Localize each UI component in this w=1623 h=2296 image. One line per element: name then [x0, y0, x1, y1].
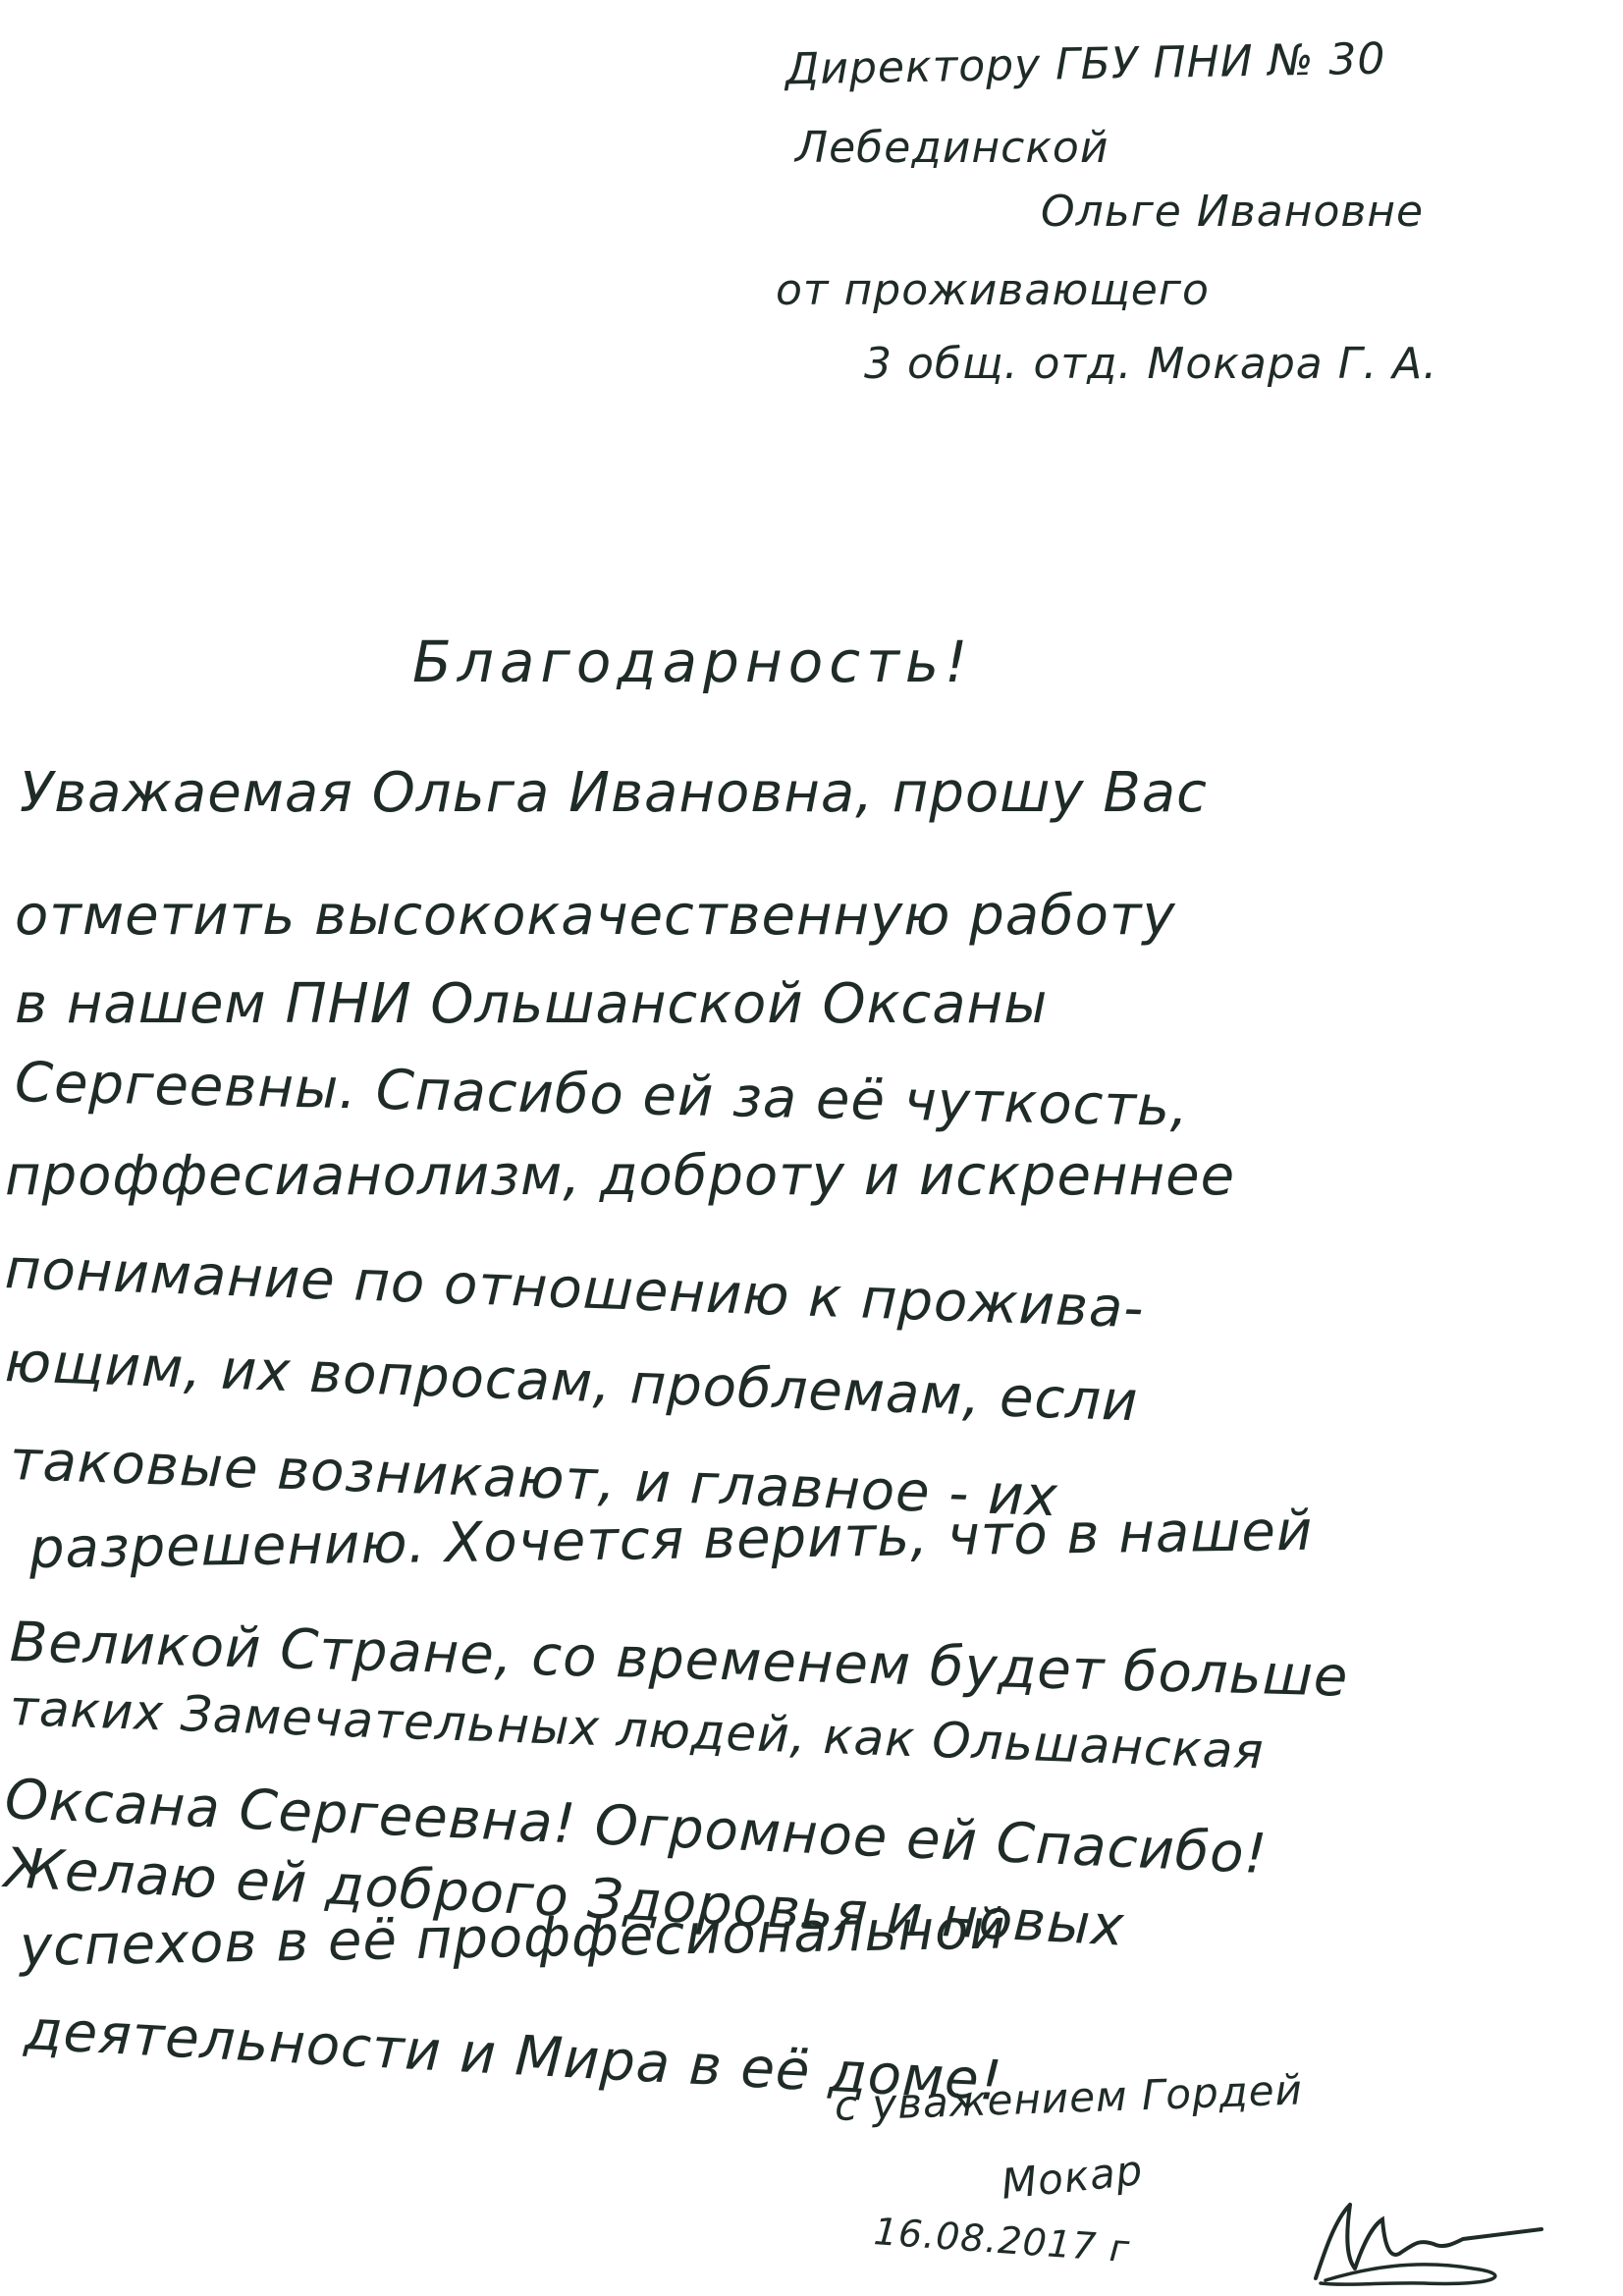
body-line: отметить высококачественную работу: [15, 884, 1176, 948]
body-line: разрешению. Хочется верить, что в нашей: [29, 1500, 1314, 1581]
body-line: в нашем ПНИ Ольшанской Оксаны: [15, 972, 1048, 1036]
from-line-2: 3 общ. отд. Мокара Г. А.: [864, 339, 1437, 389]
from-line-1: от проживающего: [776, 265, 1210, 315]
body-line: проффесианолизм, доброту и искреннее: [5, 1144, 1235, 1208]
addressee-line-3: Ольге Ивановне: [1041, 187, 1424, 237]
body-line: успехов в её проффесиональной: [19, 1897, 1006, 1979]
body-line: понимание по отношению к прожива-: [4, 1237, 1146, 1340]
body-line: ющим, их вопросам, проблемам, если: [4, 1331, 1140, 1434]
addressee-line-1: Директору ГБУ ПНИ № 30: [785, 34, 1386, 95]
body-line: Сергеевны. Спасибо ей за её чуткость,: [14, 1051, 1189, 1139]
signature-scribble-icon: [1306, 2200, 1581, 2288]
letter-title: Благодарность!: [412, 629, 973, 695]
closing-line-2: Мокар: [999, 2146, 1145, 2209]
letter-page: Директору ГБУ ПНИ № 30 Лебединской Ольге…: [0, 0, 1623, 2296]
body-line: Уважаемая Ольга Ивановна, прошу Вас: [20, 761, 1208, 825]
letter-date: 16.08.2017 г: [872, 2210, 1131, 2270]
addressee-line-2: Лебединской: [795, 123, 1109, 173]
